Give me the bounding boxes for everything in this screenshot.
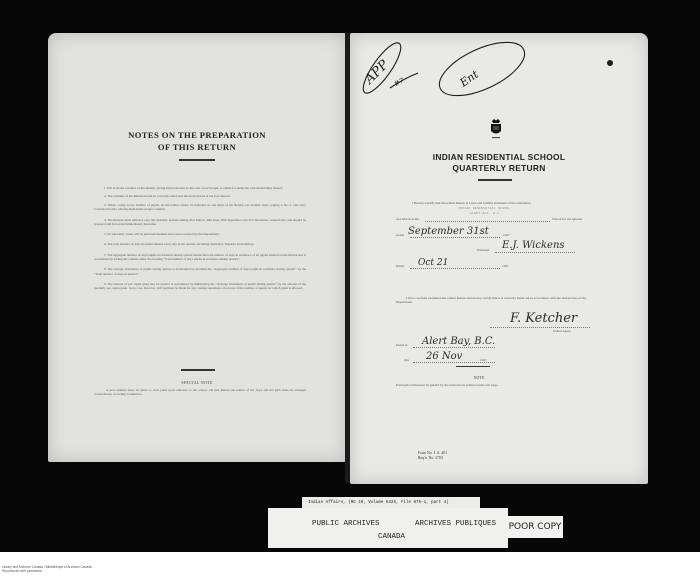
form-title-divider [478, 179, 512, 181]
this-label: this [404, 358, 409, 362]
agent-certification-text: I have carefully examined the within Ret… [396, 296, 601, 305]
agent-title: Indian Agent [553, 329, 571, 333]
certification-text: I Hereby Certify that the within Return … [400, 201, 605, 205]
agent-signature: F. Ketcher [510, 311, 577, 326]
ended-label: ended [396, 233, 404, 237]
note-item: 6. The total number of days in quarter m… [94, 242, 306, 246]
note-item: 7. The aggregate number of days pupils i… [94, 253, 306, 262]
note-item: 8. The average attendance of pupils duri… [94, 267, 306, 276]
form-number: Form No. I. A. 401 Req'n. No. 3793 [418, 451, 447, 460]
this-year: 1947 [480, 358, 487, 362]
right-page: APP #7 Ent INDIAN RESIDENTIAL SCHOOL QUA… [350, 33, 648, 484]
form-title-line2: QUARTERLY RETURN [350, 163, 648, 174]
notes-title: NOTES ON THE PREPARATION OF THIS RETURN [48, 129, 346, 153]
school-stamp-line2: ALERT BAY, B.C. [470, 212, 502, 215]
notes-list: 1. Fill in all the columns of this Retur… [94, 186, 306, 291]
note-item: 4. The Returns must embrace only the qua… [94, 218, 306, 227]
school-quarter-label: School for the Quarter [552, 217, 582, 221]
ent-mark: Ent [457, 67, 482, 90]
principal-label: Principal [477, 248, 489, 252]
note-item: 2. The columns of the Return should be c… [94, 194, 306, 198]
agent-signature-field [490, 327, 590, 328]
note-divider [456, 366, 490, 367]
left-page: NOTES ON THE PREPARATION OF THIS RETURN … [48, 33, 346, 462]
form-number-line1: Form No. I. A. 401 [418, 451, 447, 456]
note-title: NOTE [330, 375, 628, 380]
form-title-line1: INDIAN RESIDENTIAL SCHOOL [350, 152, 648, 163]
ended-year: 1947 [503, 233, 510, 237]
notes-title-line2: OF THIS RETURN [48, 141, 346, 153]
dated-at-value: Alert Bay, B.C. [422, 336, 495, 347]
school-name-field [425, 221, 550, 222]
dated-at-label: Dated at [396, 343, 407, 347]
public-archives-label: PUBLIC ARCHIVES ARCHIVES PUBLIQUES CANAD… [268, 508, 508, 548]
ended-field [410, 237, 500, 238]
dated-field [410, 268, 500, 269]
svg-text:#7: #7 [393, 76, 406, 88]
dated-value: Oct 21 [418, 258, 448, 268]
canada-crest-icon [488, 118, 504, 140]
note-item: 9. The amount of per capita grant due fo… [94, 282, 306, 291]
requisition-number: Req'n. No. 3793 [418, 456, 447, 461]
this-value: 26 Nov [426, 351, 462, 362]
special-divider [181, 369, 215, 371]
footer-credit: Library and Archives Canada / Bibliothèq… [2, 566, 92, 574]
principal-field [495, 252, 575, 253]
form-title: INDIAN RESIDENTIAL SCHOOL QUARTERLY RETU… [350, 152, 648, 174]
school-stamp-line1: INDIAN RESIDENTIAL SCHOOL [458, 207, 511, 210]
notes-title-line1: NOTES ON THE PREPARATION [48, 129, 346, 141]
ended-value: September 31st [408, 226, 489, 237]
tuition-label: and tuition at the [396, 217, 419, 221]
public-archives-text: PUBLIC ARCHIVES [312, 520, 380, 528]
principal-signature: E.J. Wickens [502, 240, 565, 251]
special-note-text: A new number must be given to each pupil… [94, 388, 306, 397]
canada-text: CANADA [378, 533, 405, 541]
note-item: 1. Fill in all the columns of this Retur… [94, 186, 306, 190]
special-note-title: SPECIAL NOTE [48, 380, 346, 385]
note-item: 5. No Quarterly Grant will be paid until… [94, 232, 306, 236]
footer-credit-line2: Reproduced with permission [2, 570, 92, 574]
archives-publiques-text: ARCHIVES PUBLIQUES [415, 520, 496, 528]
poor-copy-label: POOR COPY [507, 516, 563, 538]
note-text: Principals will please be guided by the … [396, 383, 616, 387]
note-item: 3. When, owing to the number of pupils, … [94, 203, 306, 212]
dated-year: 1947 [502, 264, 509, 268]
this-field [413, 362, 495, 363]
dated-label: Dated [396, 264, 404, 268]
title-divider [179, 159, 215, 161]
app-mark: APP [361, 57, 392, 88]
dated-at-field [413, 347, 495, 348]
